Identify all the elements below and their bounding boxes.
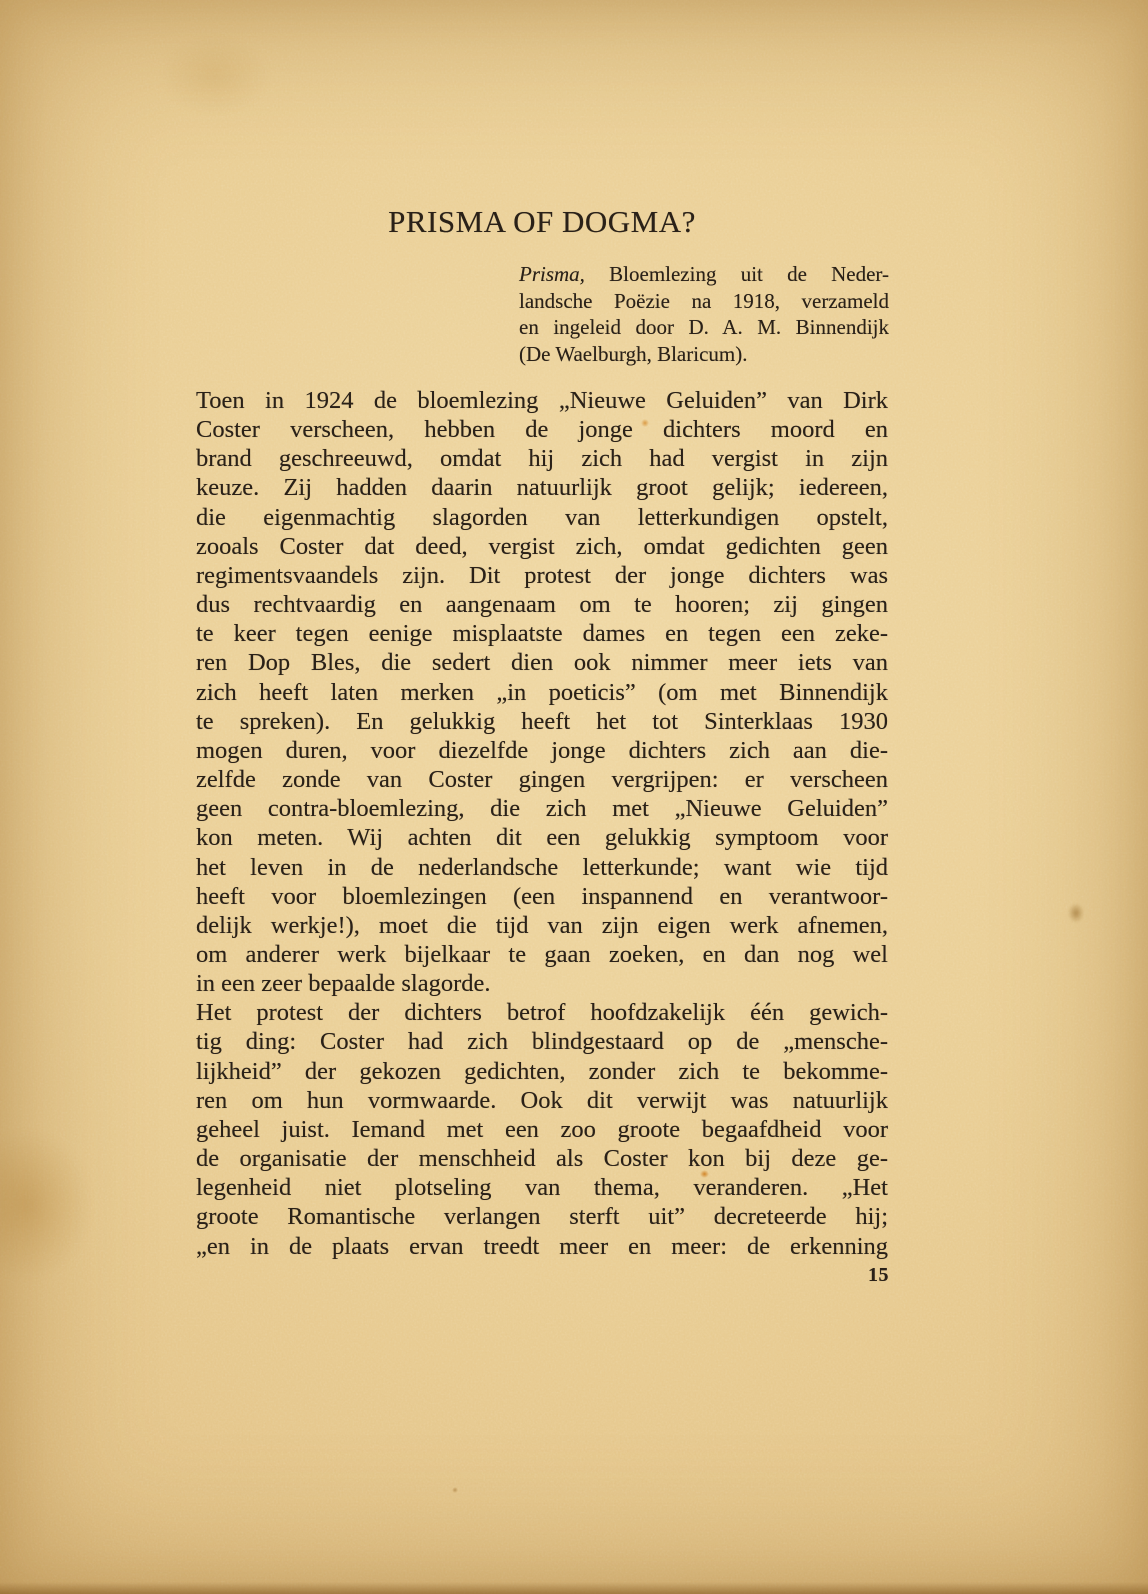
page-number: 15 [868, 1264, 889, 1287]
text-line: brand geschreeuwd, omdat hij zich had ve… [196, 444, 888, 473]
text-line: mogen duren, voor diezelfde jonge dichte… [196, 736, 888, 765]
text-line: Het protest der dichters betrof hoofdzak… [196, 998, 888, 1027]
text-line: keuze. Zij hadden daarin natuurlijk groo… [196, 473, 888, 502]
text-line: Coster verscheen, hebben de jonge dichte… [196, 415, 888, 444]
text-line: ren Dop Bles, die sedert dien ook nimmer… [196, 648, 888, 677]
text-line: „en in de plaats ervan treedt meer en me… [196, 1232, 888, 1261]
text-line: geen contra-bloemlezing, die zich met „N… [196, 794, 888, 823]
text-line: zooals Coster dat deed, vergist zich, om… [196, 532, 888, 561]
citation-work-title: Prisma, [519, 262, 585, 286]
text-line: regimentsvaandels zijn. Dit protest der … [196, 561, 888, 590]
text-line: die eigenmachtig slagorden van letterkun… [196, 503, 888, 532]
citation-line: en ingeleid door D. A. M. Binnendijk [519, 314, 889, 341]
text-line: om anderer werk bijelkaar te gaan zoeken… [196, 940, 888, 969]
text-line: tig ding: Coster had zich blindgestaard … [196, 1027, 888, 1056]
page-bottom-edge-shadow [0, 1582, 1148, 1594]
text-line: de organisatie der menschheid als Coster… [196, 1144, 888, 1173]
text-line: geheel juist. Iemand met een zoo groote … [196, 1115, 888, 1144]
text-line: lijkheid” der gekozen gedichten, zonder … [196, 1057, 888, 1086]
text-line: het leven in de nederlandsche letterkund… [196, 853, 888, 882]
text-line: te keer tegen eenige misplaatste dames e… [196, 619, 888, 648]
body-text: Toen in 1924 de bloemlezing „Nieuwe Gelu… [196, 386, 888, 1261]
citation-line: Prisma, Bloemlezing uit de Neder- [519, 261, 889, 288]
text-line: groote Romantische verlangen sterft uit”… [196, 1202, 888, 1231]
text-line: delijk werkje!), moet die tijd van zijn … [196, 911, 888, 940]
text-line: kon meten. Wij achten dit een gelukkig s… [196, 823, 888, 852]
book-page-scan: PRISMA OF DOGMA? Prisma, Bloemlezing uit… [0, 0, 1148, 1594]
citation-line-rest: Bloemlezing uit de Neder- [585, 262, 889, 286]
text-line: heeft voor bloemlezingen (een inspannend… [196, 882, 888, 911]
paper-speck [452, 1487, 458, 1493]
paper-stain [1068, 903, 1084, 923]
text-line: in een zeer bepaalde slagorde. [196, 969, 888, 998]
paper-stain [0, 1130, 92, 1280]
text-line: ren om hun vormwaarde. Ook dit verwijt w… [196, 1086, 888, 1115]
text-line: te spreken). En gelukkig heeft het tot S… [196, 707, 888, 736]
text-line: zich heeft laten merken „in poeticis” (o… [196, 678, 888, 707]
text-line: zelfde zonde van Coster gingen vergrijpe… [196, 765, 888, 794]
citation-block: Prisma, Bloemlezing uit de Neder- landsc… [519, 261, 889, 367]
text-line: legenheid niet plotseling van thema, ver… [196, 1173, 888, 1202]
citation-line: landsche Poëzie na 1918, verzameld [519, 288, 889, 315]
citation-line: (De Waelburgh, Blaricum). [519, 341, 889, 368]
paper-stain [160, 35, 270, 115]
page-title: PRISMA OF DOGMA? [196, 204, 888, 240]
text-line: Toen in 1924 de bloemlezing „Nieuwe Gelu… [196, 386, 888, 415]
text-line: dus rechtvaardig en aangenaam om te hoor… [196, 590, 888, 619]
